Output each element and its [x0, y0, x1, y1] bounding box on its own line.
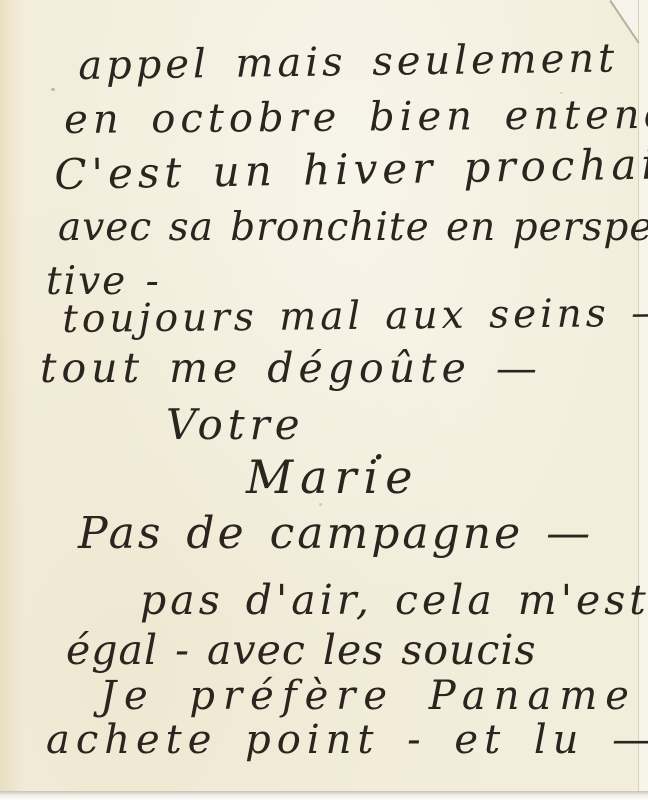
paper-speck	[560, 92, 563, 94]
signature: Marie	[246, 454, 419, 500]
handwritten-line: appel mais seulement	[78, 38, 618, 86]
handwritten-line: tout me dégoûte —	[40, 348, 542, 389]
handwritten-line: en octobre bien entendu	[64, 94, 648, 140]
scan-background-bottom	[0, 791, 648, 800]
handwritten-line: égal - avec les soucis	[66, 630, 537, 671]
closing-word: Votre	[166, 404, 305, 446]
handwritten-line: pas d'air, cela m'est	[140, 580, 648, 621]
paper-speck	[51, 88, 55, 91]
handwritten-line: achete point - et lu —	[46, 720, 648, 760]
scanned-letter-page: appel mais seulement en octobre bien ent…	[0, 0, 648, 800]
handwritten-line: C'est un hiver prochain	[54, 143, 648, 196]
handwritten-line: Pas de campagne —	[78, 512, 593, 556]
handwritten-line: toujours mal aux seins —	[62, 294, 648, 339]
paper-speck	[319, 503, 322, 506]
handwritten-line: avec sa bronchite en perspec -	[58, 208, 648, 247]
handwritten-line: Je préfère Paname —	[100, 676, 648, 716]
